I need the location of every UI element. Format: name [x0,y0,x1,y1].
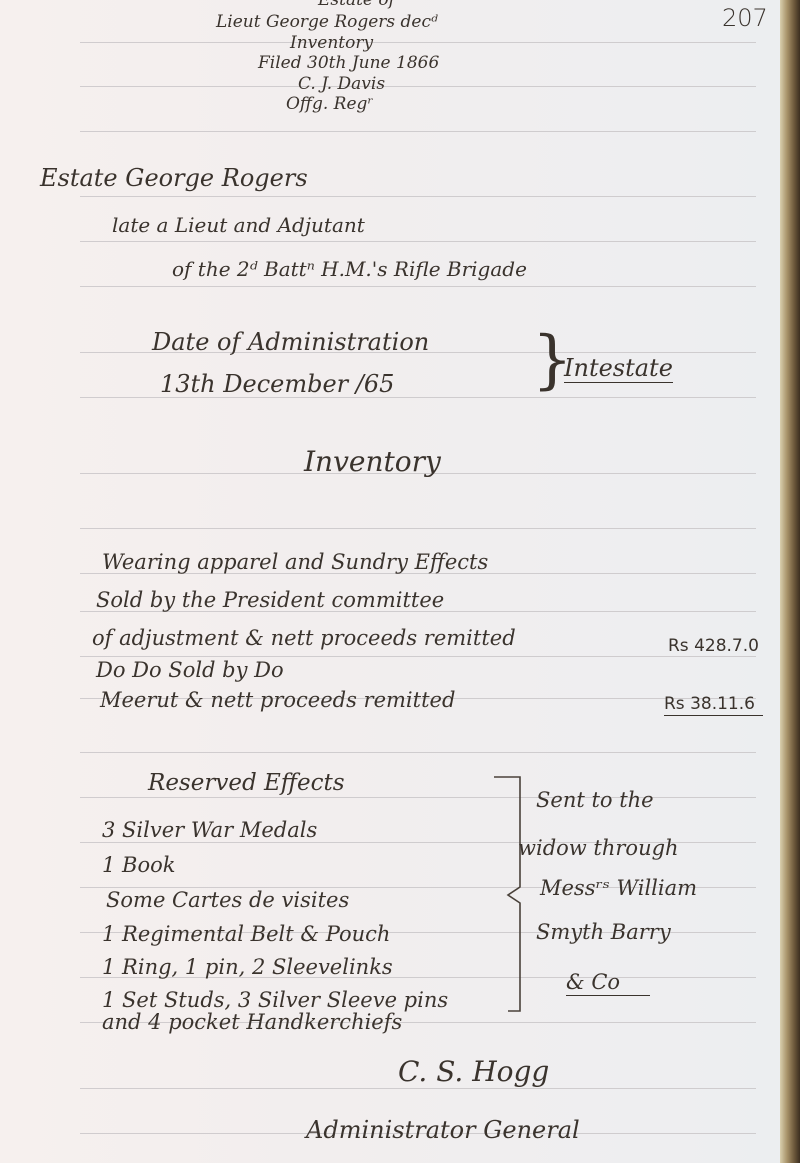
reserved-item: Some Cartes de visites [106,890,349,911]
disposition-line: Smyth Barry [536,922,671,943]
ruled-line [80,656,756,657]
reserved-item: 1 Set Studs, 3 Silver Sleeve pins [102,990,448,1011]
ruled-line [80,1088,756,1089]
disposition-line: widow through [518,838,679,859]
disposition-line: Sent to the [536,790,654,811]
administration-date: 13th December /65 [160,372,394,396]
page-number: 207 [722,6,768,30]
reserved-item: and 4 pocket Handkerchiefs [102,1012,402,1033]
unit-line: of the 2ᵈ Battⁿ H.M.'s Rifle Brigade [172,259,527,279]
estate-heading: Estate George Rogers [40,166,308,190]
docket-registrar-title: Offg. Regʳ [286,96,373,113]
book-binding [780,0,800,1163]
sales-line-1: Wearing apparel and Sundry Effects [102,552,488,573]
reserved-item: 1 Regimental Belt & Pouch [102,924,390,945]
signature-title: Administrator General [306,1118,580,1142]
bracket-icon [494,775,534,1015]
docket-filed-date: Filed 30th June 1866 [258,55,439,72]
docket-estate-of: Estate of [318,0,395,9]
signature-name: C. S. Hogg [398,1058,549,1086]
sales-line-4: Do Do Sold by Do [96,660,284,681]
docket-inventory: Inventory [290,35,373,52]
sales-amount-2: Rs 38.11.6 [664,696,763,716]
rank-line: late a Lieut and Adjutant [112,215,365,235]
ledger-page: 207 Estate of Lieut George Rogers decᵈ I… [0,0,780,1163]
sales-line-5: Meerut & nett proceeds remitted [100,690,455,711]
ruled-line [80,86,756,87]
sales-line-2: Sold by the President committee [96,590,444,611]
inventory-title: Inventory [304,448,441,476]
ruled-line [80,797,756,798]
ruled-line [80,752,756,753]
ruled-line [80,131,756,132]
docket-registrar-name: C. J. Davis [298,76,385,93]
intestate-status: Intestate [564,356,673,383]
administration-label: Date of Administration [152,330,429,354]
sales-line-3: of adjustment & nett proceeds remitted [92,628,516,649]
disposition-line: & Co [566,972,650,996]
reserved-item: 3 Silver War Medals [102,820,317,841]
reserved-effects-title: Reserved Effects [148,772,345,795]
ruled-line [80,42,756,43]
ruled-line [80,241,756,242]
ruled-line [80,286,756,287]
docket-deceased-name: Lieut George Rogers decᵈ [216,14,438,31]
reserved-item: 1 Ring, 1 pin, 2 Sleevelinks [102,957,393,978]
ruled-line [80,196,756,197]
reserved-item: 1 Book [102,855,175,876]
sales-amount-1: Rs 428.7.0 [668,638,759,655]
disposition-line: Messʳˢ William [540,878,697,899]
ruled-line [80,528,756,529]
